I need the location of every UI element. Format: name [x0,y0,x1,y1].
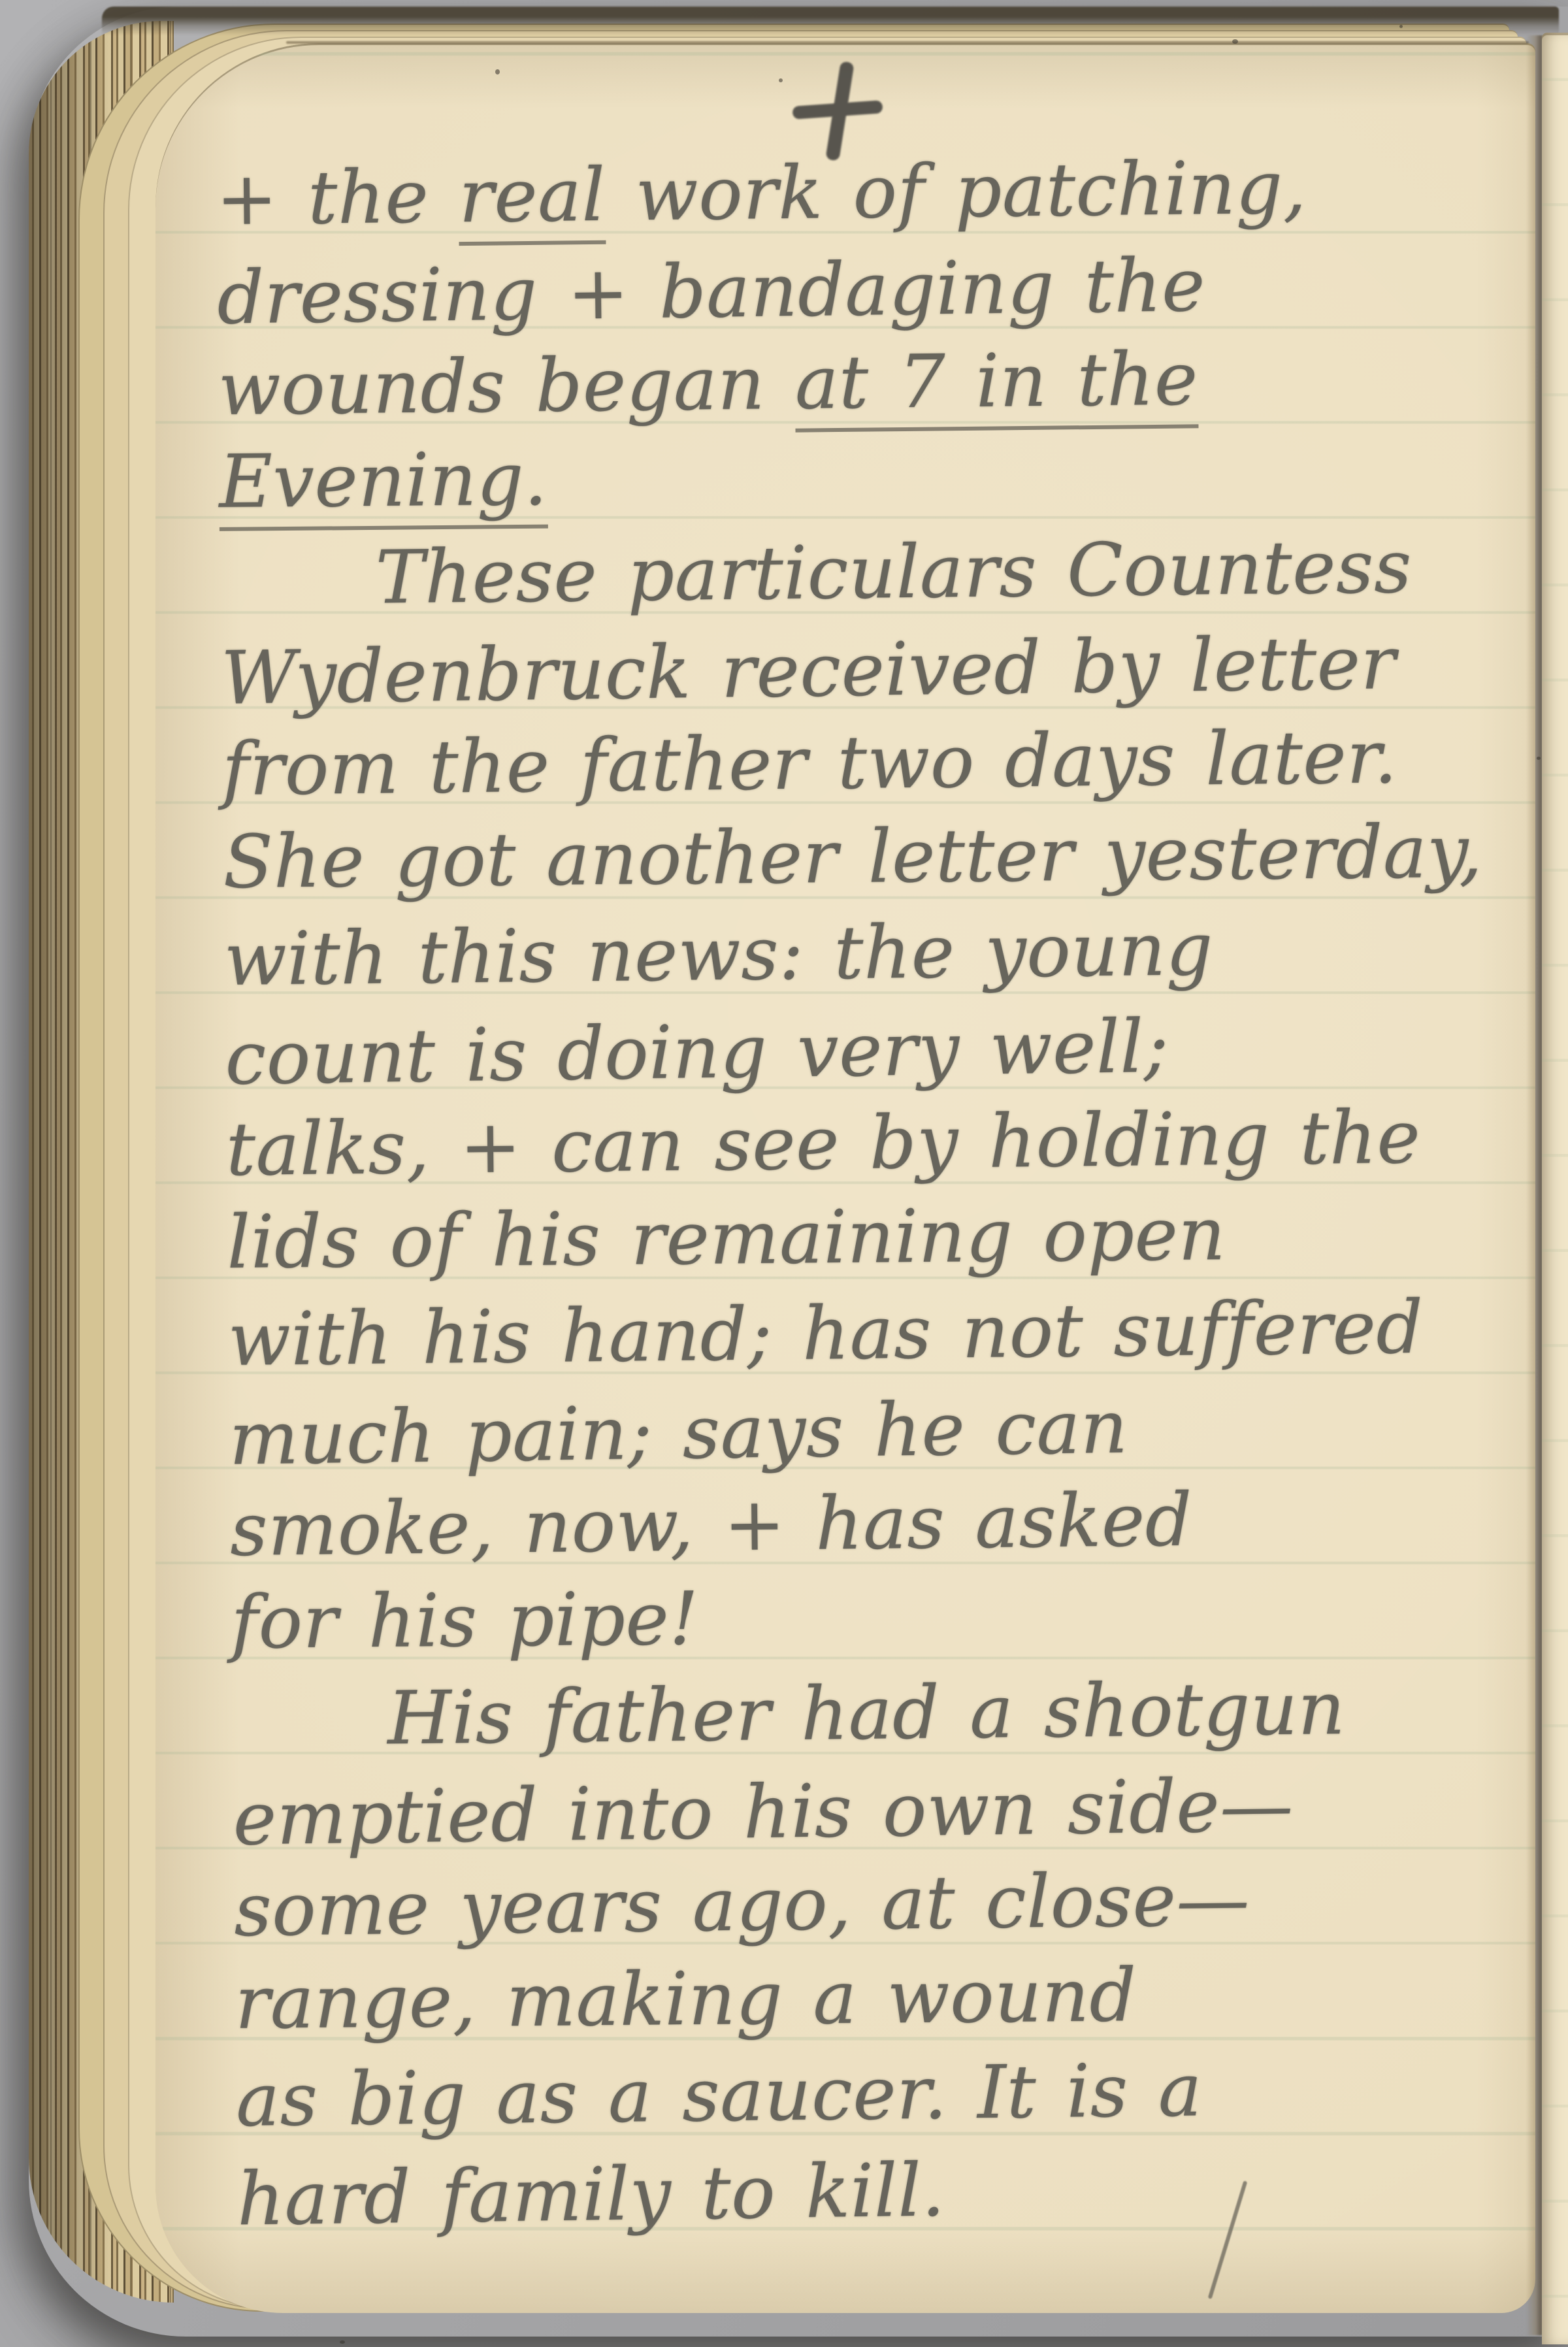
handwriting-line: His father had a shotgun [231,1660,1535,1768]
handwritten-text-segment: as big as a saucer. It is a [236,2048,1203,2142]
handwriting-line: as big as a saucer. It is a [235,2040,1539,2148]
handwriting-line: from the father two days later. [221,709,1526,817]
handwritten-text-segment: from the father two days later. [221,715,1397,812]
facing-page-sliver [1542,33,1568,2344]
handwriting-line: range, making a wound [235,1945,1539,2051]
handwritten-text-segment: talks, + can see by holding the [225,1095,1421,1192]
handwritten-text-segment: dressing + bandaging the [216,242,1205,340]
dust-speck [495,69,500,74]
handwriting-text: + the real work of patching,dressing + b… [216,139,1541,2244]
handwriting-line: She got another letter yesterday, [223,804,1527,910]
handwritten-text-segment: smoke, now, + has asked [229,1477,1192,1572]
handwritten-text-segment: with this news: the young [223,907,1213,1002]
book-top-edge [102,7,1559,35]
notebook: + the real work of patching,dressing + b… [29,7,1568,2337]
handwriting-line: talks, + can see by holding the [225,1089,1529,1198]
handwritten-text-segment: These particulars Countess [375,525,1412,621]
handwritten-text-segment: real [459,153,606,246]
handwriting-line: with his hand; has not suffered [227,1279,1531,1388]
handwritten-text-segment: + the [216,154,459,242]
handwriting-line: hard family to kill. [237,2135,1541,2248]
handwritten-text-segment: work of patching, [605,146,1307,238]
notebook-page: + the real work of patching,dressing + b… [155,43,1535,2313]
handwriting-line: Wydenbruck received by letter [220,614,1525,727]
handwritten-text-segment: range, making a wound [235,1953,1137,2046]
handwritten-text-segment: Evening. [219,436,548,531]
handwriting-line: These particulars Countess [220,519,1524,627]
handwriting-line: smoke, now, + has asked [229,1469,1533,1578]
handwritten-text-segment: at 7 in the [794,336,1198,432]
handwriting-line: dressing + bandaging the [216,234,1521,346]
handwritten-text-segment: for his pipe! [231,1576,699,1665]
handwriting-line: wounds began at 7 in the [218,329,1522,437]
handwritten-text-segment: some years ago, at close— [233,1858,1250,1953]
handwritten-text-segment: lids of his remaining open [227,1192,1226,1285]
dust-speck [1399,25,1403,28]
handwriting-line: with this news: the young [223,899,1527,1008]
handwritten-text-segment: His father had a shotgun [387,1666,1345,1761]
dust-speck [1232,39,1238,44]
facing-page-ruled-lines [1542,33,1568,2344]
handwritten-text-segment: with his hand; has not suffered [227,1285,1424,1383]
handwriting-line: much pain; says he can [229,1375,1533,1487]
handwriting-line: emptied into his own side— [233,1755,1537,1867]
dust-speck [1537,757,1541,760]
handwriting-line: some years ago, at close— [233,1850,1537,1958]
handwritten-text-segment: Wydenbruck received by letter [221,621,1397,721]
handwritten-text-segment: much pain; says he can [229,1385,1128,1481]
handwriting-line: count is doing very well; [225,994,1529,1107]
handwritten-text-segment: She got another letter yesterday, [223,809,1483,904]
dust-speck [779,78,783,82]
dust-speck [340,2340,345,2344]
handwriting-line: lids of his remaining open [227,1185,1531,1290]
handwritten-text-segment: count is doing very well; [225,1004,1169,1101]
handwriting-line: + the real work of patching, [216,139,1520,247]
handwritten-text-segment: emptied into his own side— [233,1763,1294,1862]
handwritten-text-segment: hard family to kill. [237,2148,945,2242]
handwritten-text-segment: wounds began [218,341,795,432]
scan-background: + the real work of patching,dressing + b… [0,0,1568,2347]
handwriting-line: Evening. [219,424,1523,530]
handwriting-line: for his pipe! [231,1565,1535,1671]
